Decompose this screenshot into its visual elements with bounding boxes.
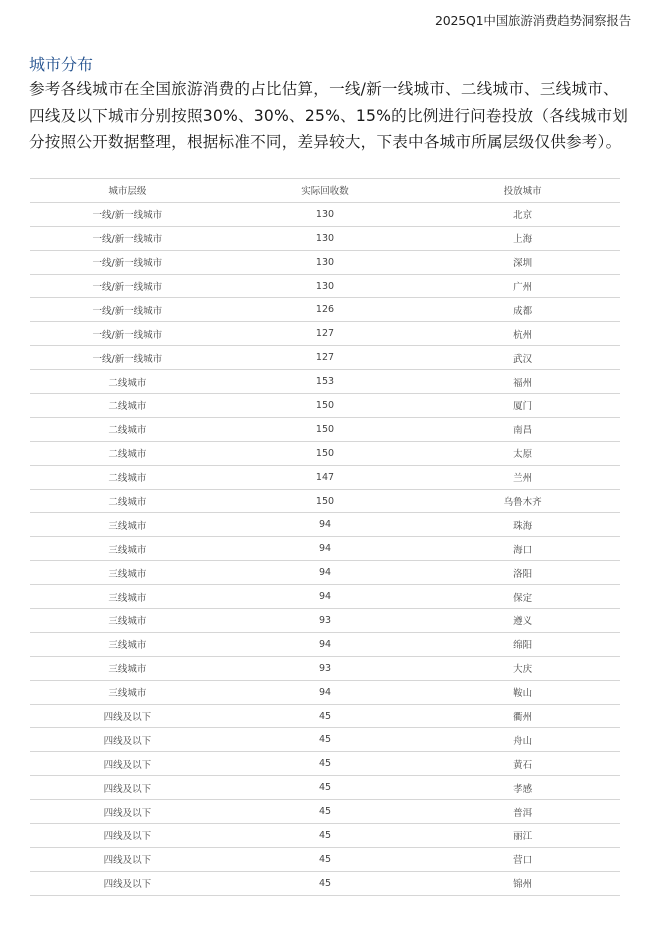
cell-city: 武汉 [425,346,620,370]
cell-count: 130 [225,226,426,250]
table-row: 一线/新一线城市130北京 [30,202,620,226]
table-row: 二线城市153福州 [30,370,620,394]
table-row: 四线及以下45普洱 [30,800,620,824]
cell-tier: 四线及以下 [30,871,225,895]
cell-count: 94 [225,513,426,537]
cell-count: 45 [225,824,426,848]
table-row: 二线城市150乌鲁木齐 [30,489,620,513]
cell-tier: 三线城市 [30,632,225,656]
city-distribution-table-wrapper: 城市层级 实际回收数 投放城市 一线/新一线城市130北京一线/新一线城市130… [30,178,620,896]
cell-city: 孝感 [425,776,620,800]
cell-city: 绵阳 [425,632,620,656]
cell-tier: 一线/新一线城市 [30,322,225,346]
cell-count: 45 [225,847,426,871]
table-row: 二线城市147兰州 [30,465,620,489]
cell-count: 127 [225,322,426,346]
cell-count: 130 [225,274,426,298]
cell-count: 94 [225,561,426,585]
table-row: 二线城市150太原 [30,441,620,465]
cell-city: 衢州 [425,704,620,728]
table-row: 三线城市94珠海 [30,513,620,537]
cell-count: 150 [225,417,426,441]
cell-count: 153 [225,370,426,394]
cell-tier: 四线及以下 [30,776,225,800]
table-row: 三线城市93大庆 [30,656,620,680]
cell-tier: 三线城市 [30,561,225,585]
intro-paragraph: 参考各线城市在全国旅游消费的占比估算，一线/新一线城市、二线城市、三线城市、四线… [29,76,629,156]
cell-city: 兰州 [425,465,620,489]
cell-count: 93 [225,656,426,680]
cell-city: 南昌 [425,417,620,441]
table-header-row: 城市层级 实际回收数 投放城市 [30,179,620,203]
table-row: 四线及以下45丽江 [30,824,620,848]
cell-count: 127 [225,346,426,370]
cell-tier: 二线城市 [30,370,225,394]
cell-city: 广州 [425,274,620,298]
cell-tier: 四线及以下 [30,800,225,824]
cell-tier: 二线城市 [30,394,225,418]
cell-tier: 三线城市 [30,585,225,609]
cell-count: 94 [225,680,426,704]
cell-city: 乌鲁木齐 [425,489,620,513]
column-header-count: 实际回收数 [225,179,426,203]
table-row: 二线城市150南昌 [30,417,620,441]
report-header-title: 2025Q1中国旅游消费趋势洞察报告 [435,11,631,29]
cell-count: 45 [225,752,426,776]
table-row: 三线城市94绵阳 [30,632,620,656]
cell-tier: 四线及以下 [30,847,225,871]
cell-city: 上海 [425,226,620,250]
cell-city: 福州 [425,370,620,394]
cell-count: 147 [225,465,426,489]
table-row: 四线及以下45舟山 [30,728,620,752]
cell-tier: 一线/新一线城市 [30,202,225,226]
cell-count: 45 [225,728,426,752]
cell-city: 营口 [425,847,620,871]
cell-tier: 一线/新一线城市 [30,298,225,322]
table-row: 一线/新一线城市130上海 [30,226,620,250]
cell-city: 成都 [425,298,620,322]
cell-count: 150 [225,441,426,465]
city-distribution-table: 城市层级 实际回收数 投放城市 一线/新一线城市130北京一线/新一线城市130… [30,178,620,896]
table-row: 四线及以下45孝感 [30,776,620,800]
cell-count: 45 [225,704,426,728]
cell-tier: 一线/新一线城市 [30,250,225,274]
cell-tier: 三线城市 [30,609,225,633]
cell-tier: 一线/新一线城市 [30,226,225,250]
cell-tier: 四线及以下 [30,728,225,752]
cell-tier: 一线/新一线城市 [30,274,225,298]
cell-tier: 三线城市 [30,537,225,561]
cell-city: 北京 [425,202,620,226]
cell-tier: 一线/新一线城市 [30,346,225,370]
cell-tier: 二线城市 [30,489,225,513]
cell-city: 鞍山 [425,680,620,704]
column-header-city: 投放城市 [425,179,620,203]
cell-count: 130 [225,202,426,226]
table-row: 一线/新一线城市127杭州 [30,322,620,346]
cell-city: 普洱 [425,800,620,824]
table-row: 四线及以下45营口 [30,847,620,871]
cell-tier: 四线及以下 [30,704,225,728]
table-row: 二线城市150厦门 [30,394,620,418]
table-row: 一线/新一线城市130深圳 [30,250,620,274]
cell-city: 海口 [425,537,620,561]
table-row: 三线城市94海口 [30,537,620,561]
cell-count: 45 [225,871,426,895]
cell-tier: 二线城市 [30,441,225,465]
table-row: 一线/新一线城市130广州 [30,274,620,298]
table-row: 三线城市94洛阳 [30,561,620,585]
cell-city: 保定 [425,585,620,609]
cell-city: 太原 [425,441,620,465]
cell-count: 94 [225,632,426,656]
cell-city: 杭州 [425,322,620,346]
cell-city: 洛阳 [425,561,620,585]
cell-city: 深圳 [425,250,620,274]
table-row: 一线/新一线城市126成都 [30,298,620,322]
cell-count: 150 [225,489,426,513]
cell-city: 厦门 [425,394,620,418]
cell-count: 126 [225,298,426,322]
table-row: 四线及以下45衢州 [30,704,620,728]
section-title: 城市分布 [29,52,93,75]
table-row: 四线及以下45锦州 [30,871,620,895]
cell-count: 94 [225,537,426,561]
cell-tier: 三线城市 [30,680,225,704]
cell-city: 锦州 [425,871,620,895]
cell-count: 45 [225,800,426,824]
cell-city: 珠海 [425,513,620,537]
cell-tier: 二线城市 [30,417,225,441]
cell-count: 45 [225,776,426,800]
column-header-tier: 城市层级 [30,179,225,203]
cell-city: 黄石 [425,752,620,776]
cell-count: 94 [225,585,426,609]
cell-tier: 四线及以下 [30,752,225,776]
cell-city: 舟山 [425,728,620,752]
cell-tier: 三线城市 [30,513,225,537]
table-row: 三线城市94保定 [30,585,620,609]
cell-tier: 二线城市 [30,465,225,489]
cell-tier: 四线及以下 [30,824,225,848]
cell-count: 150 [225,394,426,418]
cell-count: 93 [225,609,426,633]
table-body: 一线/新一线城市130北京一线/新一线城市130上海一线/新一线城市130深圳一… [30,202,620,895]
cell-tier: 三线城市 [30,656,225,680]
cell-city: 大庆 [425,656,620,680]
table-row: 三线城市93遵义 [30,609,620,633]
table-row: 一线/新一线城市127武汉 [30,346,620,370]
cell-city: 丽江 [425,824,620,848]
table-row: 四线及以下45黄石 [30,752,620,776]
table-row: 三线城市94鞍山 [30,680,620,704]
cell-count: 130 [225,250,426,274]
cell-city: 遵义 [425,609,620,633]
